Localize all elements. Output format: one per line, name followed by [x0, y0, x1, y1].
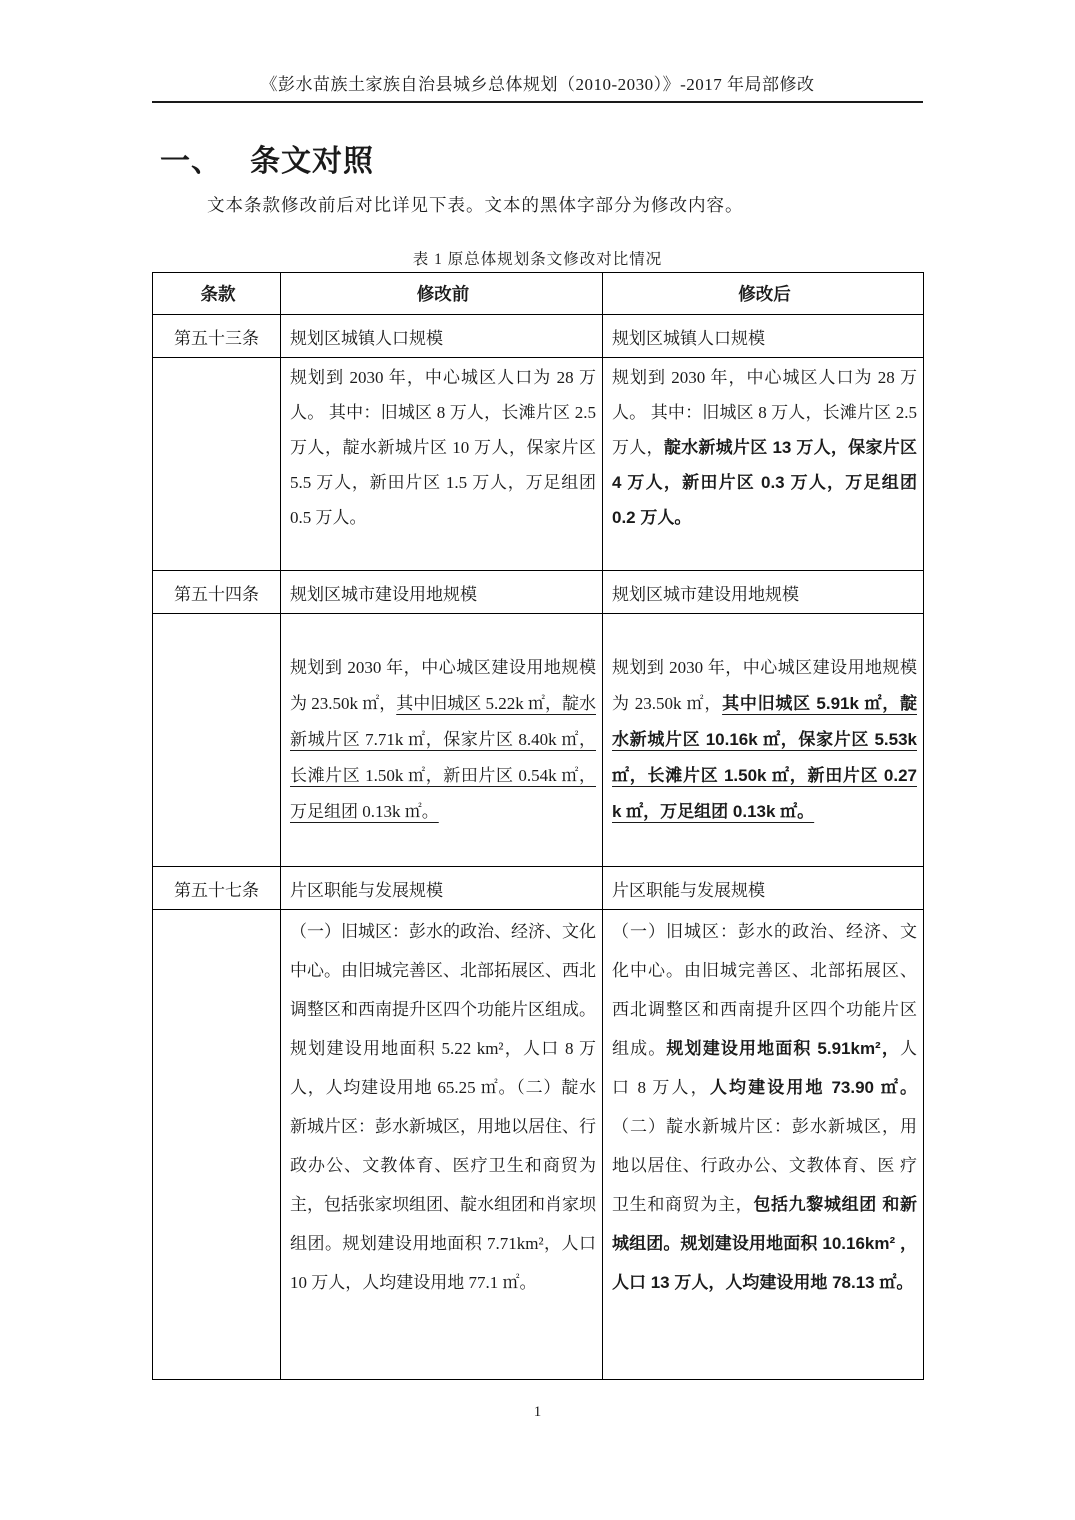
- clause-after-cell: 规划到 2030 年，中心城区人口为 28 万人。 其中：旧城区 8 万人，长滩…: [603, 358, 924, 571]
- page-number: 1: [0, 1404, 1075, 1421]
- clause-after-cell: 规划区城镇人口规模: [603, 315, 924, 358]
- clause-before-cell: 规划到 2030 年，中心城区建设用地规模为 23.50k ㎡，其中旧城区 5.…: [281, 614, 603, 867]
- clause-title-row: 第五十四条规划区城市建设用地规模规划区城市建设用地规模: [153, 571, 924, 614]
- table-caption: 表 1 原总体规划条文修改对比情况: [152, 247, 923, 269]
- section-title: 条文对照: [250, 145, 374, 178]
- text-run: 规划区城市建设用地规模: [290, 585, 477, 604]
- header-rule: [152, 101, 923, 103]
- text-run-modified: 人均建设用地 73.90 ㎡。: [710, 1078, 917, 1097]
- clause-before-cell: 规划到 2030 年，中心城区人口为 28 万人。 其中：旧城区 8 万人，长滩…: [281, 358, 603, 571]
- section-heading: 一、条文对照: [160, 136, 374, 180]
- clause-before-cell: （一）旧城区：彭水的政治、经济、文化中心。由旧城完善区、北部拓展区、西北调整区和…: [281, 910, 603, 1380]
- running-header: 《彭水苗族土家族自治县城乡总体规划（2010-2030）》-2017 年局部修改: [152, 70, 923, 95]
- text-run: （一）旧城区：彭水的政治、经济、文化中心。由旧城完善区、北部拓展区、西北调整区和…: [290, 922, 596, 1292]
- clause-label: [153, 910, 281, 1380]
- clause-before-cell: 规划区城镇人口规模: [281, 315, 603, 358]
- clause-label: 第五十四条: [153, 571, 281, 614]
- comparison-table: 条款 修改前 修改后 第五十三条规划区城镇人口规模规划区城镇人口规模规划到 20…: [152, 272, 924, 1380]
- text-run: 片区职能与发展规模: [290, 881, 443, 900]
- clause-after-cell: 规划到 2030 年，中心城区建设用地规模为 23.50k ㎡，其中旧城区 5.…: [603, 614, 924, 867]
- clause-label: [153, 614, 281, 867]
- clause-content-row: （一）旧城区：彭水的政治、经济、文化中心。由旧城完善区、北部拓展区、西北调整区和…: [153, 910, 924, 1380]
- text-run: 其中旧城区 5.22k ㎡，靛水新城片区 7.71k ㎡，保家片区 8.40k …: [290, 694, 596, 821]
- clause-after-cell: 规划区城市建设用地规模: [603, 571, 924, 614]
- clause-title-row: 第五十七条片区职能与发展规模片区职能与发展规模: [153, 867, 924, 910]
- col-header-before: 修改前: [281, 273, 603, 315]
- text-run: 规划区城市建设用地规模: [612, 585, 799, 604]
- text-run: 规划区城镇人口规模: [290, 329, 443, 348]
- clause-title-row: 第五十三条规划区城镇人口规模规划区城镇人口规模: [153, 315, 924, 358]
- clause-label: 第五十七条: [153, 867, 281, 910]
- clause-content-row: 规划到 2030 年，中心城区人口为 28 万人。 其中：旧城区 8 万人，长滩…: [153, 358, 924, 571]
- clause-after-cell: 片区职能与发展规模: [603, 867, 924, 910]
- clause-before-cell: 片区职能与发展规模: [281, 867, 603, 910]
- document-page: 《彭水苗族土家族自治县城乡总体规划（2010-2030）》-2017 年局部修改…: [0, 0, 1075, 1520]
- clause-label: [153, 358, 281, 571]
- text-run-modified: 其中旧城区 5.91k ㎡，靛水新城片区 10.16k ㎡，保家片区 5.53k…: [612, 694, 917, 821]
- clause-after-cell: （一）旧城区：彭水的政治、经济、文化中心。由旧城完善区、北部拓展区、西北调整区和…: [603, 910, 924, 1380]
- text-run: 规划到 2030 年，中心城区人口为 28 万人。 其中：旧城区 8 万人，长滩…: [290, 368, 596, 527]
- clause-content-row: 规划到 2030 年，中心城区建设用地规模为 23.50k ㎡，其中旧城区 5.…: [153, 614, 924, 867]
- section-number: 一、: [160, 145, 222, 178]
- text-run: （一）旧城区：彭水的政治、经济、文化中心。由旧城完善区、北部拓展区、西北调整区和…: [612, 922, 917, 1058]
- table-header-row: 条款 修改前 修改后: [153, 273, 924, 315]
- text-run: 规划区城镇人口规模: [612, 329, 765, 348]
- text-run: 片区职能与发展规模: [612, 881, 765, 900]
- col-header-clause: 条款: [153, 273, 281, 315]
- clause-before-cell: 规划区城市建设用地规模: [281, 571, 603, 614]
- clause-label: 第五十三条: [153, 315, 281, 358]
- col-header-after: 修改后: [603, 273, 924, 315]
- text-run-modified: 规划建设用地面积 5.91km²，: [666, 1039, 900, 1058]
- intro-paragraph: 文本条款修改前后对比详见下表。文本的黑体字部分为修改内容。: [152, 192, 923, 217]
